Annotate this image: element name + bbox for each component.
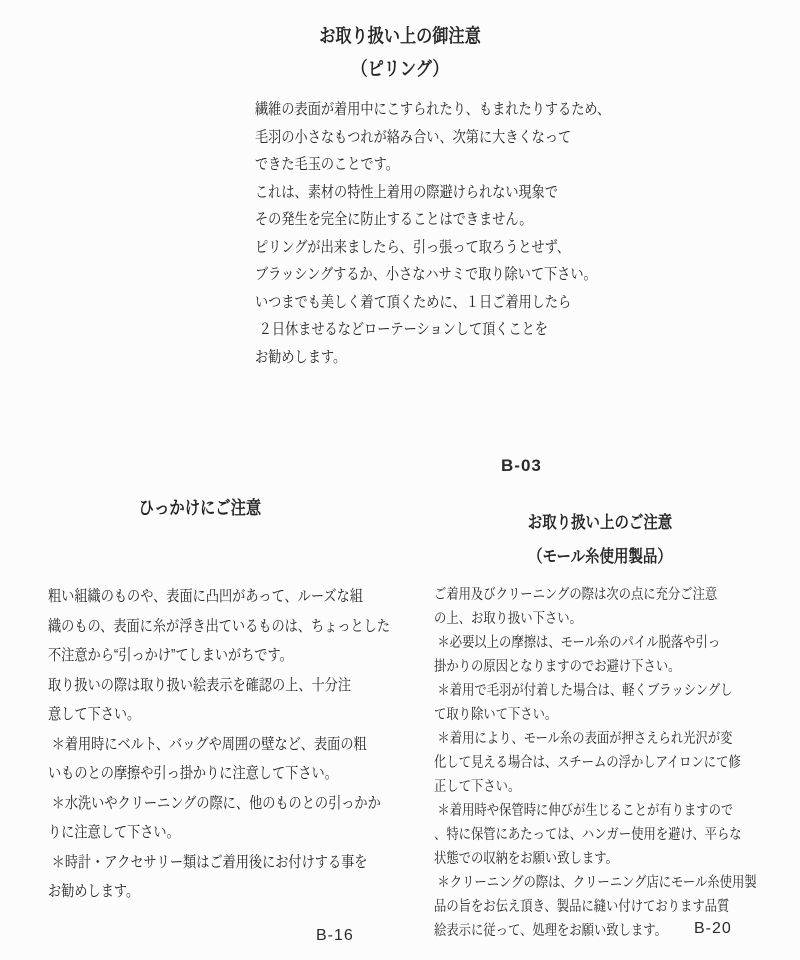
text-line: いものとの摩擦や引っ掛かりに注意して下さい。 (48, 759, 337, 789)
pilling-body-text: 繊維の表面が着用中にこすられたり、もまれたりするため、毛羽の小さなもつれが絡み合… (255, 96, 536, 371)
text-line: 不注意から“引っかけ”てしまいがちです。 (48, 641, 337, 671)
snagging-section-title: ひっかけにご注意 (30, 496, 370, 520)
pilling-section-title: お取り扱い上の御注意 （ピリング） (60, 20, 740, 86)
text-line: ピリングが出来ましたら、引っ張って取ろうとせず、 (255, 234, 536, 262)
text-line: 毛羽の小さなもつれが絡み合い、次第に大きくなって (255, 124, 536, 152)
text-line: 粗い組織のものや、表面に凸凹があって、ルーズな組 (48, 582, 337, 612)
code-label-b16: B-16 (316, 927, 354, 945)
text-line: て取り除いて下さい。 (434, 703, 727, 727)
chenille-title-line2: （モール糸使用製品） (430, 540, 770, 574)
text-line: ご着用及びクリーニングの際は次の点に充分ご注意 (434, 583, 727, 607)
text-line: いつまでも美しく着て頂くために、１日ご着用したら (255, 289, 536, 317)
text-line: できた毛玉のことです。 (255, 151, 536, 179)
text-line: 化して見える場合は、スチームの浮かしアイロンにて修 (434, 751, 727, 775)
text-line: ブラッシングするか、小さなハサミで取り除いて下さい。 (255, 261, 536, 289)
pilling-title-line2: （ピリング） (60, 53, 740, 86)
text-line: お勧めします。 (255, 344, 536, 372)
text-line: ＊着用時や保管時に伸びが生じることが有りますので (434, 799, 727, 823)
text-line: 意して下さい。 (48, 700, 337, 730)
code-label-b03: B-03 (501, 456, 542, 476)
text-line: ＊水洗いやクリーニングの際に、他のものとの引っかか (48, 789, 337, 819)
text-line: ＊着用で毛羽が付着した場合は、軽くブラッシングし (434, 679, 727, 703)
text-line: ２日休ませるなどローテーションして頂くことを (255, 316, 536, 344)
snagging-body-text: 粗い組織のものや、表面に凸凹があって、ルーズな組織のもの、表面に糸が浮き出ている… (48, 582, 337, 907)
text-line: 取り扱いの際は取り扱い絵表示を確認の上、十分注 (48, 671, 337, 701)
text-line: 正して下さい。 (434, 775, 727, 799)
chenille-body-text: ご着用及びクリーニングの際は次の点に充分ご注意の上、お取り扱い下さい。 ＊必要以… (434, 583, 727, 943)
text-line: ＊クリーニングの際は、クリーニング店にモール糸使用製 (434, 871, 727, 895)
pilling-title-line1: お取り扱い上の御注意 (60, 20, 740, 53)
chenille-title-line1: お取り扱い上のご注意 (430, 506, 770, 540)
text-line: お勧めします。 (48, 877, 337, 907)
text-line: これは、素材の特性上着用の際避けられない現象で (255, 179, 536, 207)
text-line: 絵表示に従って、処理をお願い致します。 (434, 919, 727, 943)
text-line: ＊着用により、モール糸の表面が押さえられ光沢が変 (434, 727, 727, 751)
snagging-title-line1: ひっかけにご注意 (30, 496, 370, 520)
text-line: 繊維の表面が着用中にこすられたり、もまれたりするため、 (255, 96, 536, 124)
text-line: ＊時計・アクセサリー類はご着用後にお付けする事を (48, 848, 337, 878)
text-line: 、特に保管にあたっては、ハンガー使用を避け、平らな (434, 823, 727, 847)
text-line: ＊必要以上の摩擦は、モール糸のパイル脱落や引っ (434, 631, 727, 655)
text-line: の上、お取り扱い下さい。 (434, 607, 727, 631)
chenille-section-title: お取り扱い上のご注意 （モール糸使用製品） (430, 506, 770, 574)
text-line: その発生を完全に防止することはできません。 (255, 206, 536, 234)
text-line: 品の旨をお伝え頂き、製品に縫い付けております品質 (434, 895, 727, 919)
text-line: 状態での収納をお願い致します。 (434, 847, 727, 871)
document-page: お取り扱い上の御注意 （ピリング） 繊維の表面が着用中にこすられたり、もまれたり… (0, 0, 800, 960)
text-line: 掛かりの原因となりますのでお避け下さい。 (434, 655, 727, 679)
text-line: 織のもの、表面に糸が浮き出ているものは、ちょっとした (48, 612, 337, 642)
text-line: ＊着用時にベルト、バッグや周囲の壁など、表面の粗 (48, 730, 337, 760)
text-line: りに注意して下さい。 (48, 818, 337, 848)
code-label-b20: B-20 (694, 920, 732, 938)
